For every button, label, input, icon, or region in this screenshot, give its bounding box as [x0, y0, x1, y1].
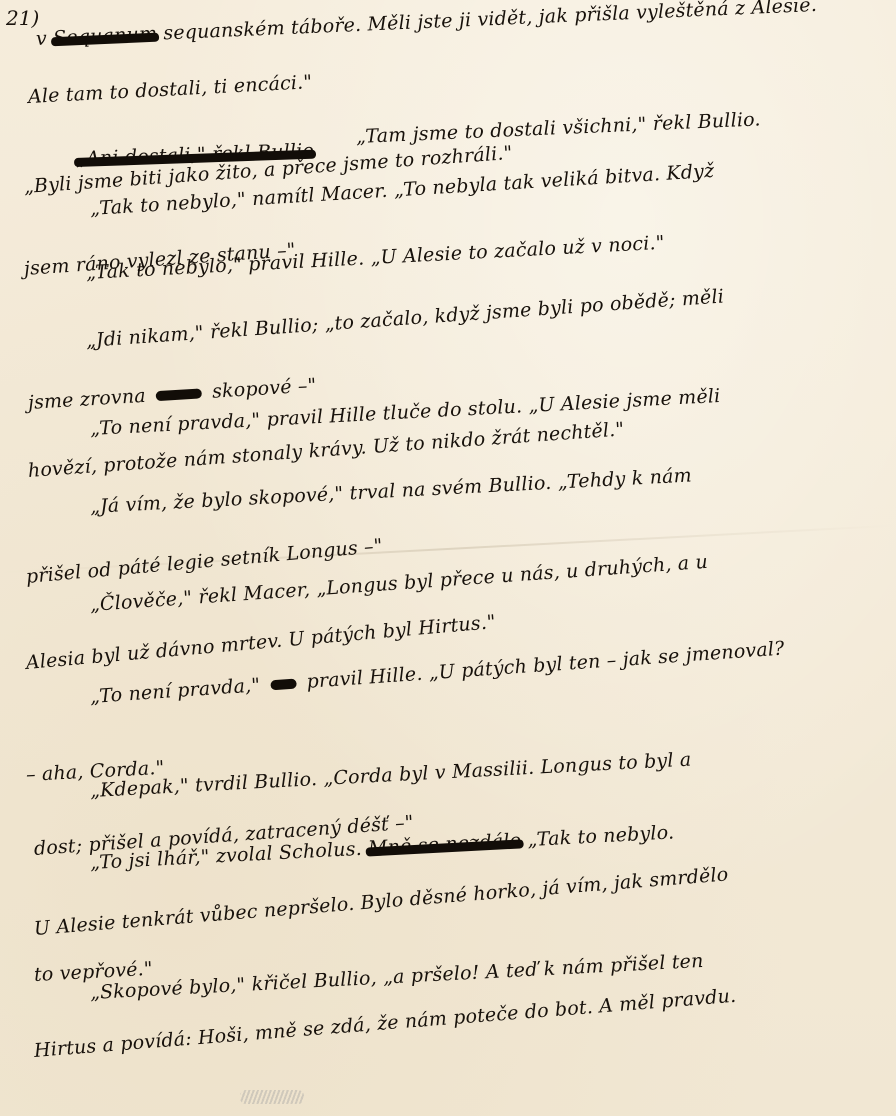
manuscript-line: „Jdi nikam," řekl Bullio; „to začalo, kd…	[85, 285, 724, 352]
manuscript-line: Ale tam to dostali, ti encáci."	[27, 71, 312, 108]
manuscript-line: „Kdepak," tvrdil Bullio. „Corda byl v Ma…	[89, 749, 691, 802]
struck-text: Sequanum	[53, 23, 158, 50]
manuscript-page: 21) v Sequanum sequanském táboře. Měli j…	[0, 0, 896, 1116]
manuscript-line: v Sequanum sequanském táboře. Měli jste …	[36, 0, 818, 50]
manuscript-line: „Já vím, že bylo skopové," trval na svém…	[89, 464, 692, 518]
manuscript-line: „Tak to nebylo," pravil Hille. „U Alesie…	[85, 232, 665, 284]
ink-blot-deletion	[270, 679, 297, 691]
ink-blot-deletion	[156, 388, 203, 401]
archive-stamp	[240, 1090, 304, 1104]
page-number: 21)	[6, 6, 39, 30]
manuscript-line: U Alesie tenkrát vůbec nepršelo. Bylo dě…	[33, 863, 729, 940]
manuscript-line: „Tam jsme to dostali všichni," řekl Bull…	[356, 108, 762, 148]
